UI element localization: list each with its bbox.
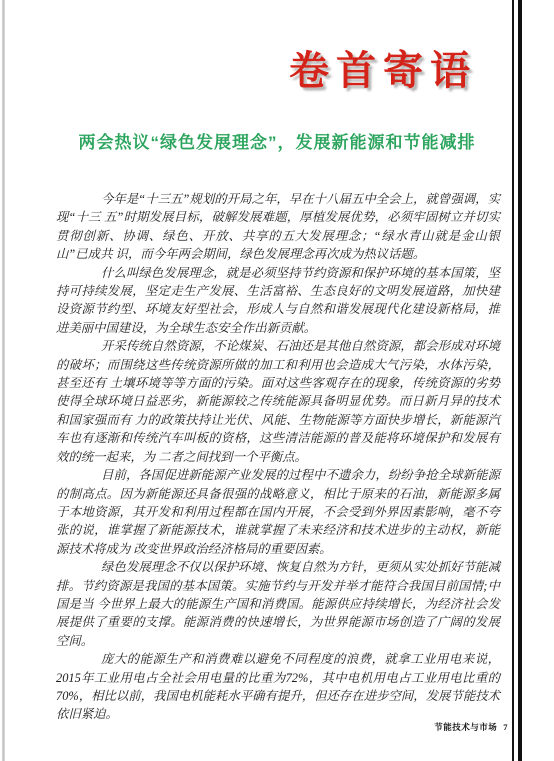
right-rule-thin bbox=[512, 0, 514, 761]
scan-edge-strip bbox=[2, 0, 5, 761]
running-footer: 节能技术与市场7 bbox=[434, 721, 508, 733]
journal-name: 节能技术与市场 bbox=[434, 722, 497, 732]
page-title: 卷首寄语 bbox=[0, 49, 505, 93]
article-body: 今年是“十三五”规划的开局之年，早在十八届五中全会上，就曾强调，实现“十三 五”… bbox=[56, 190, 500, 724]
article-headline: 两会热议“绿色发展理念”，发展新能源和节能减排 bbox=[0, 128, 554, 153]
paragraph-2: 什么叫绿色发展理念，就是必须坚持节约资源和保护环境的基本国策，坚持可持续发展，坚… bbox=[56, 264, 500, 338]
page-number: 7 bbox=[503, 722, 508, 732]
magazine-page: 卷首寄语 两会热议“绿色发展理念”，发展新能源和节能减排 今年是“十三五”规划的… bbox=[0, 0, 554, 761]
right-rule-thick bbox=[518, 0, 522, 761]
paragraph-3: 开采传统自然资源，不论煤炭、石油还是其他自然资源，都会形成对环境的破坏；而围绕这… bbox=[56, 337, 500, 466]
paragraph-4: 目前，各国促进新能源产业发展的过程中不遗余力，纷纷争抢全球新能源的制高点。因为新… bbox=[56, 466, 500, 558]
paragraph-5: 绿色发展理念不仅以保护环境、恢复自然为方针，更须从实处抓好节能减排。节约资源是我… bbox=[56, 558, 500, 650]
paragraph-6: 庞大的能源生产和消费难以避免不同程度的浪费，就拿工业用电来说，2015年工业用电… bbox=[56, 650, 500, 724]
paragraph-1: 今年是“十三五”规划的开局之年，早在十八届五中全会上，就曾强调，实现“十三 五”… bbox=[56, 190, 500, 264]
